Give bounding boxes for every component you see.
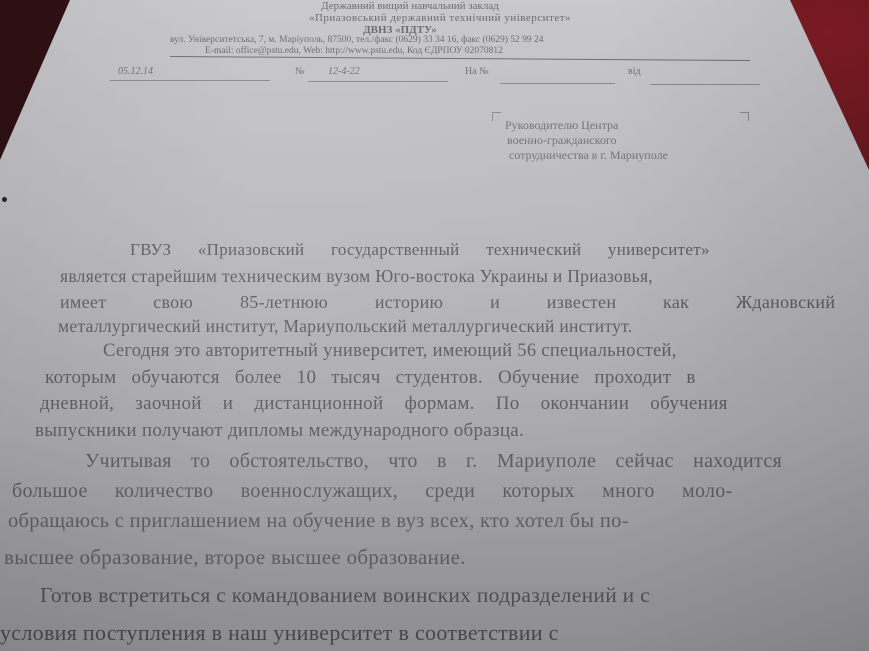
letterhead-address: вул. Університетська, 7, м. Маріуполь, 8…: [170, 35, 770, 45]
letterhead-divider: [170, 56, 750, 61]
addressee-block: Руководителю Центра военно-гражданского …: [505, 118, 668, 163]
reply-number-label: На №: [465, 66, 489, 78]
body-line: большое количество военнослужащих, среди…: [12, 480, 733, 503]
body-line: имеет свою 85-летнюю историю и известен …: [60, 292, 835, 313]
body-line: дневной, заочной и дистанционной формам.…: [40, 393, 728, 415]
date-underline: [110, 80, 270, 81]
body-line: высшее образование, второе высшее образо…: [4, 545, 466, 570]
body-line: металлургический институт, Мариупольский…: [58, 316, 632, 337]
letterhead-university-name: «Приазовський державний технічний універ…: [240, 12, 640, 24]
body-line: условия поступления в наш университет в …: [0, 620, 559, 646]
body-line: которым обучаются более 10 тысяч студент…: [45, 367, 696, 389]
margin-dot: [2, 197, 7, 202]
addressee-corner-left: [492, 112, 501, 121]
registration-number: 12-4-22: [328, 66, 360, 78]
document-page: Державний вищий навчальний заклад «Приаз…: [0, 0, 869, 651]
body-line: ГВУЗ «Приазовский государственный технич…: [130, 240, 710, 260]
addressee-line: военно-гражданского: [507, 133, 668, 148]
body-line: выпускники получают дипломы международно…: [35, 420, 524, 442]
body-line: обращаюсь с приглашением на обучение в в…: [8, 510, 629, 533]
number-underline: [308, 81, 448, 82]
body-line: является старейшим техническим вузом Юго…: [60, 266, 653, 287]
reply-underline: [500, 83, 615, 84]
addressee-line: Руководителю Центра: [505, 118, 668, 133]
body-line: Готов встретиться с командованием воинск…: [40, 583, 650, 608]
document-content: Державний вищий навчальний заклад «Приаз…: [0, 0, 869, 651]
body-line: Сегодня это авторитетный университет, им…: [103, 341, 677, 362]
reply-date-underline: [650, 84, 760, 85]
registration-date: 05.12.14: [118, 66, 153, 78]
reply-date-label: від: [628, 66, 641, 78]
letterhead-abbreviation: ДВНЗ «ПДТУ»: [330, 24, 470, 36]
letterhead-contacts: E-mail: office@pstu.edu, Web: http://www…: [205, 46, 725, 56]
letterhead-line-1: Державний вищий навчальний заклад: [260, 0, 560, 12]
addressee-line: сотрудничества в г. Мариуполе: [509, 148, 668, 163]
addressee-corner-right: [740, 112, 749, 121]
body-line: Учитывая то обстоятельство, что в г. Мар…: [85, 450, 782, 473]
registration-number-label: №: [295, 66, 305, 78]
